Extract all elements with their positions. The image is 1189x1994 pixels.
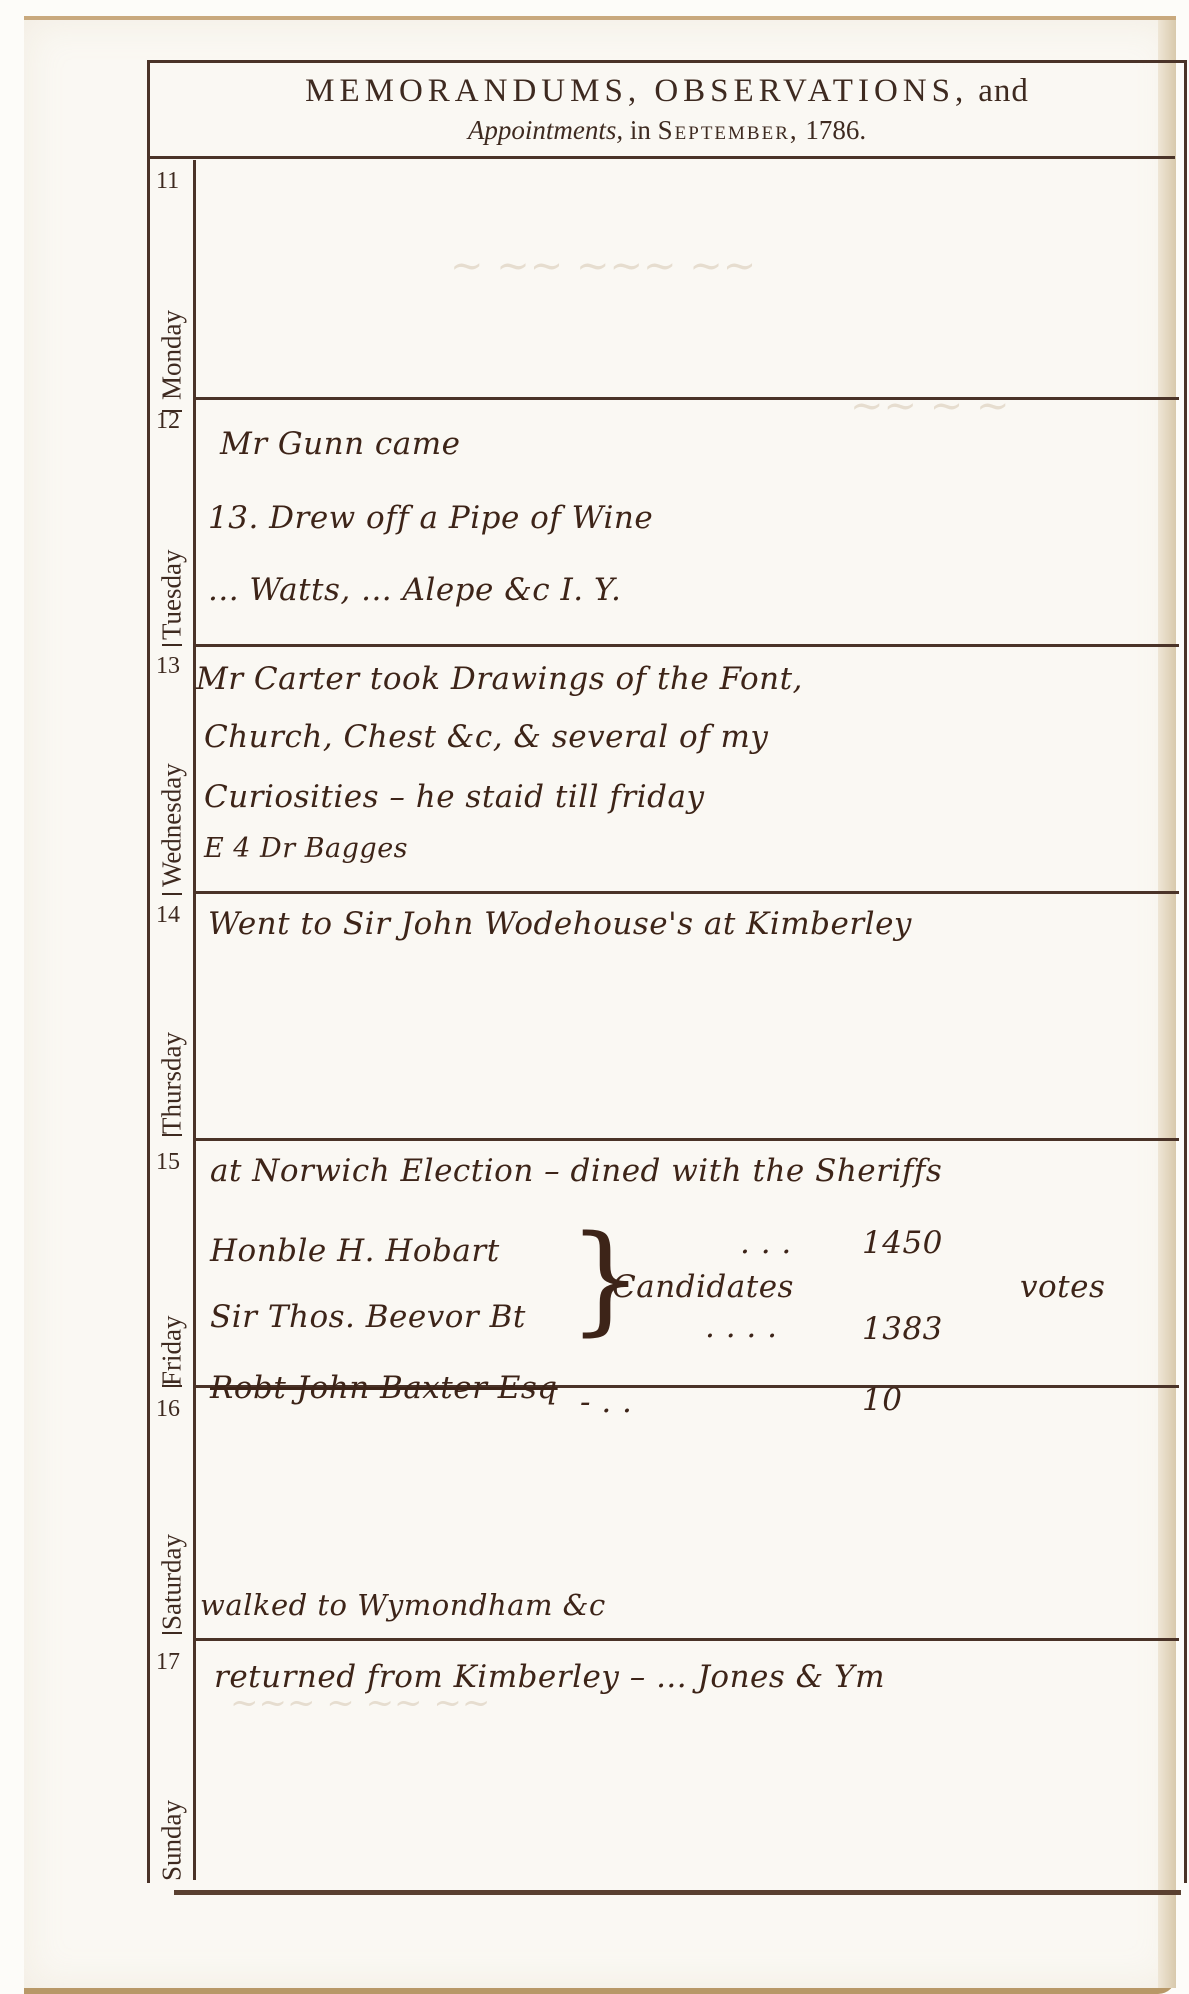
header-rule (150, 156, 1175, 159)
bleed-through-text: ~ ~~ ~~~ ~~ (450, 243, 756, 289)
bleed-through-text: ~~ ~ ~ (850, 383, 1010, 429)
day-name: Thursday (152, 944, 192, 1134)
title-year: 1786. (805, 115, 866, 145)
day-name: Sunday (152, 1721, 192, 1881)
vote-count: 1450 (862, 1225, 943, 1261)
diary-entry: Curiosities – he staid till friday (204, 779, 704, 815)
title-appointments: Appointments, (468, 115, 623, 145)
day-number: 17 (156, 1649, 180, 1676)
day-divider-tick (162, 1134, 182, 1136)
day-number: 12 (156, 408, 180, 435)
page-bottom-rule (174, 1890, 1181, 1895)
diary-entry: at Norwich Election – dined with the She… (210, 1153, 942, 1189)
day-name: Tuesday (152, 450, 192, 640)
diary-entry: 13. Drew off a Pipe of Wine (208, 500, 653, 536)
day-divider-tick (162, 893, 182, 895)
day-number: 16 (156, 1396, 180, 1423)
row-rule (196, 644, 1179, 647)
vote-dots: . . . . (705, 1309, 777, 1345)
title-line-2: Appointments, in September, 1786. (150, 115, 1184, 146)
day-number: 15 (156, 1149, 180, 1176)
day-number: 13 (156, 653, 180, 680)
day-name: Wednesday (152, 687, 192, 887)
title-memorandums: MEMORANDUMS, OBSERVATIONS, (305, 73, 968, 109)
value-number: 10 (862, 1382, 902, 1418)
vote-count: 1383 (862, 1311, 943, 1347)
day-divider-tick (162, 1385, 182, 1387)
diary-entry: returned from Kimberley – ... Jones & Ym (214, 1659, 885, 1695)
row-rule (196, 891, 1179, 894)
diary-entry: Went to Sir John Wodehouse's at Kimberle… (208, 906, 912, 942)
diary-entry: walked to Wymondham &c (200, 1588, 606, 1622)
title-month: September, (658, 115, 799, 145)
diary-entry: E 4 Dr Bagges (204, 833, 408, 864)
page-frame: MEMORANDUMS, OBSERVATIONS,and Appointmen… (147, 60, 1187, 1883)
candidate-name: Sir Thos. Beevor Bt (210, 1299, 526, 1335)
diary-entry: Mr Gunn came (220, 426, 461, 462)
diary-page: MEMORANDUMS, OBSERVATIONS,and Appointmen… (24, 16, 1176, 1994)
row-rule (196, 1638, 1179, 1641)
day-name: Friday (152, 1201, 192, 1386)
day-number: 14 (156, 902, 180, 929)
candidates-label: Candidates (612, 1269, 794, 1305)
diary-entry: ... Watts, ... Alepe &c I. Y. (208, 572, 621, 608)
title-in: in (630, 115, 651, 145)
day-divider-tick (162, 644, 182, 646)
title-and: and (978, 73, 1029, 109)
diary-entry: Mr Carter took Drawings of the Font, (196, 661, 803, 697)
title-line-1: MEMORANDUMS, OBSERVATIONS,and (150, 73, 1184, 110)
day-name: Monday (152, 200, 192, 400)
day-divider-tick (162, 1632, 182, 1634)
day-name: Saturday (152, 1458, 192, 1630)
vote-dots: . . . (740, 1225, 792, 1261)
diary-entry: Robt John Baxter Esq (210, 1370, 558, 1406)
row-rule (196, 1138, 1179, 1141)
candidate-name: Honble H. Hobart (210, 1233, 500, 1269)
day-number: 11 (156, 168, 179, 195)
row-rule (196, 397, 1179, 400)
diary-entry: Church, Chest &c, & several of my (204, 719, 768, 755)
value-dots: - . . (580, 1384, 632, 1420)
votes-label: votes (1020, 1269, 1105, 1305)
